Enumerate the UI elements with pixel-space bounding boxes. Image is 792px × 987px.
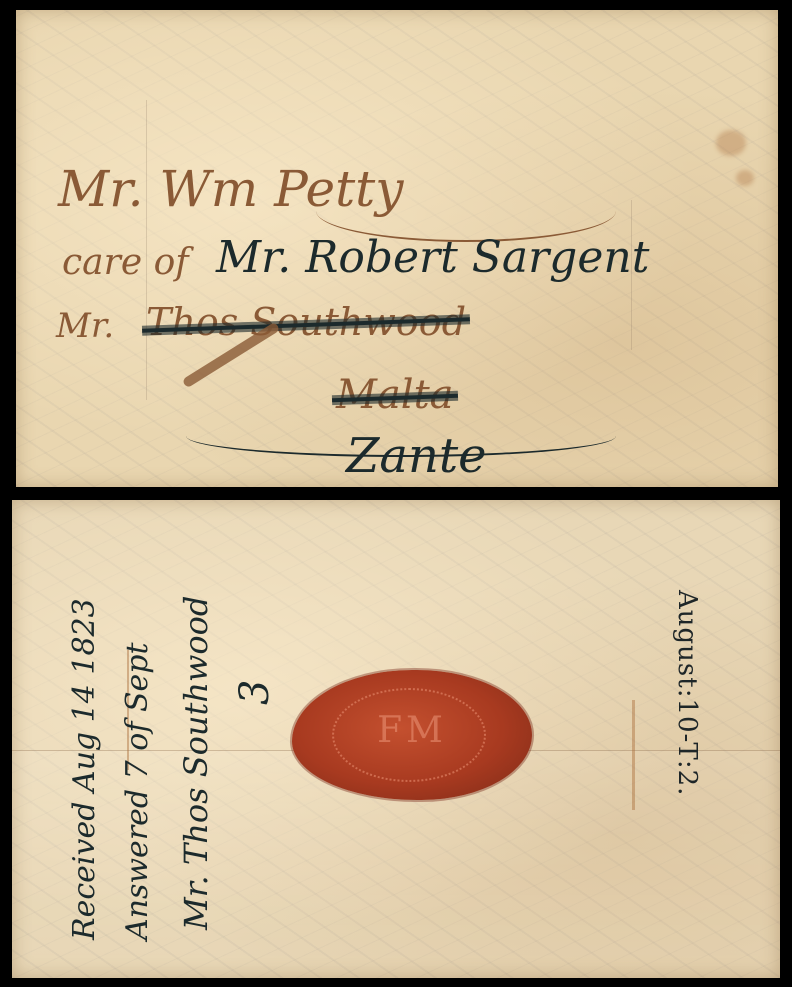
address-line-destination: Zante — [346, 428, 487, 484]
docket-line-received: Received Aug 14 1823 — [67, 598, 102, 940]
letter-back: Received Aug 14 1823 Answered 7 of Sept … — [12, 500, 780, 978]
seal-initials: FM — [292, 710, 532, 751]
foxing-stain — [716, 130, 746, 156]
postmark: August:10-T:2. — [672, 590, 702, 796]
letter-front: Mr. Wm Petty care of Mr. Robert Sargent … — [16, 10, 778, 487]
address-line-forwarder: Mr. Robert Sargent — [216, 232, 649, 283]
address-line-struck-name: Thos Southwood — [146, 300, 466, 344]
foxing-stain — [736, 170, 754, 186]
address-line-mr: Mr. — [56, 306, 114, 346]
stain-streak — [632, 700, 635, 810]
address-line-struck-destination: Malta — [336, 372, 454, 418]
address-line-care-of: care of — [62, 242, 189, 283]
wax-seal: FM — [292, 670, 532, 800]
docket-line-answered: Answered 7 of Sept — [120, 642, 155, 940]
docket-line-count: 3 — [232, 680, 278, 705]
docket-line-sender: Mr. Thos Southwood — [177, 596, 215, 930]
